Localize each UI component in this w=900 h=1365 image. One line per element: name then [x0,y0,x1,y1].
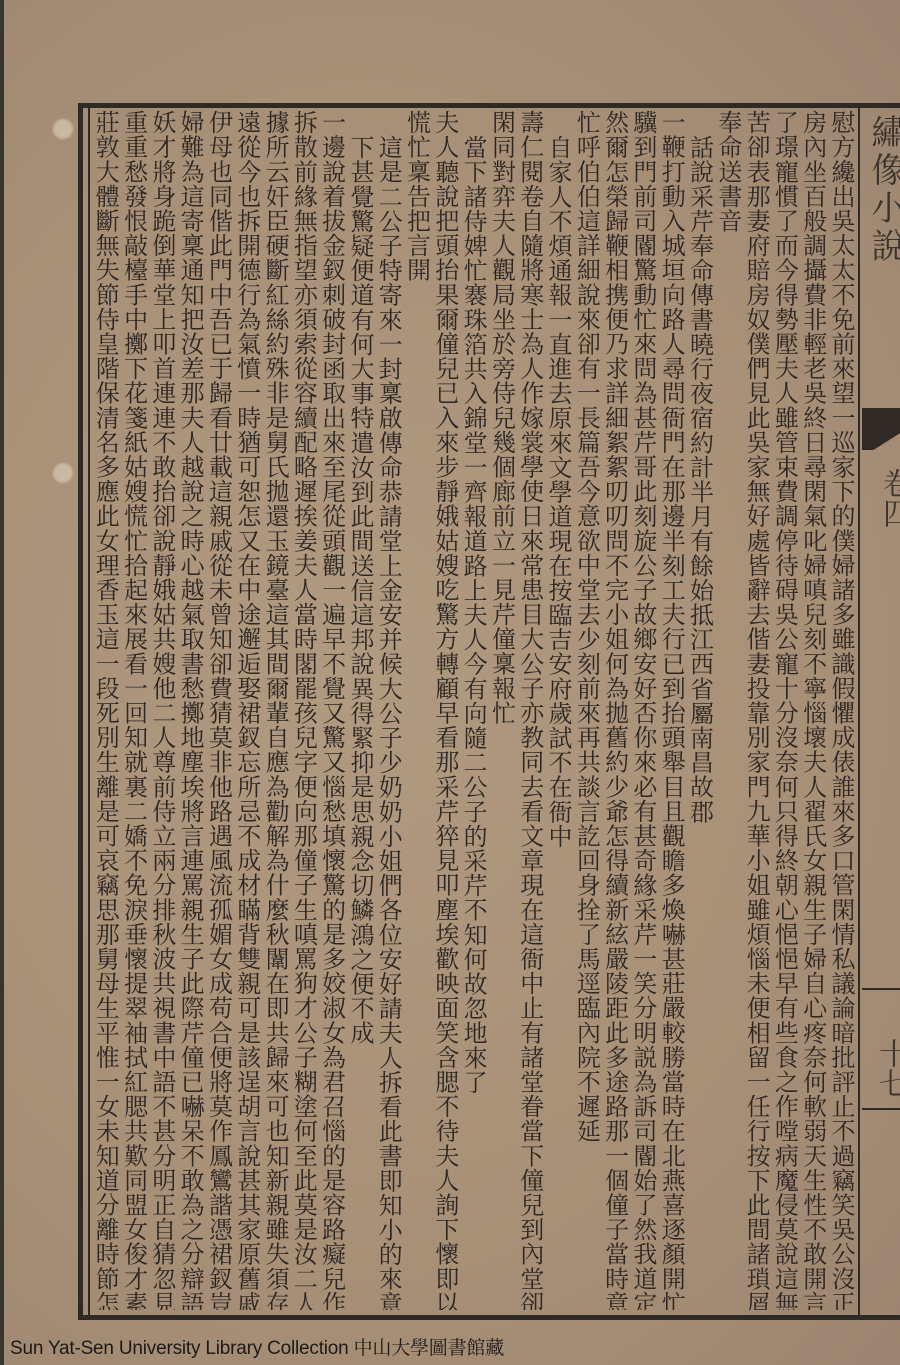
binding-hole [52,118,74,140]
text-column: 重重愁發恨敲檯手中擲下花箋紙姑嫂慌忙拾起來展看一回知就裏二嬌不免淚垂懷提翠袖拭紅… [120,110,148,1310]
text-column: 伊母也同偕此門中吾已于歸看廿載這親戚從未曾知卻費猜莫非他路遇風流孤媚女成苟合便將… [205,110,233,1310]
text-column: 奉命送書音 [715,110,743,1310]
vertical-text-body: 慰方纔出吳太太不免前來望一巡家下的僕婦諸多雖識假懼成俵誰來多口管閑情私議論暗批評… [92,110,856,1310]
text-column: 這是二公子特寄來一封稟啟傳命恭請堂上金安并候大公子少奶奶小姐們各位安好請夫人拆看… [375,110,403,1310]
text-column: 然爾怎榮歸鞭相携便乃求詳細絮絮叨叨問不完小姐何為拋舊約少爺怎得續新絃嚴陵距此多途… [601,110,629,1310]
fishtail-mark-icon [862,408,900,450]
inner-border-line [88,108,90,1315]
banxin-rule [862,1108,900,1110]
binding-hole [52,462,74,484]
volume-label: 卷四 [872,468,900,528]
text-column: 閑同對弈夫人觀局坐於旁侍兒幾個廊前立一見芹僮稟報忙 [488,110,516,1310]
text-column: 了璟寵慣了而今得勢壓夫人雖管束費調停待碍吳公寵十分沒奈何只得終朝心悒悒早有些食之… [771,110,799,1310]
banxin-rule [862,988,900,990]
banxin-title: 繡像小說 [868,114,900,266]
scanned-book-page: 繡像小說 卷四 十七 慰方纔出吳太太不免前來望一巡家下的僕婦諸多雖識假懼成俵誰來… [0,0,900,1365]
text-column: 慰方纔出吳太太不免前來望一巡家下的僕婦諸多雖識假懼成俵誰來多口管閑情私議論暗批評… [828,110,856,1310]
text-column: 驥到門前司閽驚動忙來問為甚芹哥此刻旋公子故鄉安好否你來必有甚奇緣采芹一笑分明説為… [630,110,658,1310]
text-column: 遠從今也拆開德行為氣憤一時猶可恕怎又在中途邂逅娶裙釵忘所忌不成材瞞背雙親可是該逞… [233,110,261,1310]
text-column: 慌忙稟告把言開 [403,110,431,1310]
banxin-center-strip: 繡像小說 卷四 十七 [862,108,900,1315]
text-column: 忙呼伯伯這詳細說來卻有一長篇吾今意欲中堂去少刻前來再共談言訖回身拴了馬逕臨內院不… [573,110,601,1310]
text-column: 壽仁閱卷自隨將寒士為人作嫁裳學使日來常患目大公子亦教同去看文章現在這衙中止有諸堂… [516,110,544,1310]
text-column: 下甚覺驚疑便道有何大事特遣汝到此間送信這邦說異得緊抑是思親念切鱗鴻之便不成 [347,110,375,1310]
text-column: 房內坐百般調攝費非輕老吳終日尋閑氣叱婦嗔兒刻不寧惱壞夫人翟氏女親生子婦自心疼奈何… [799,110,827,1310]
text-column: 話說采芹奉命傳書曉行夜宿約計半月有餘始抵江西省屬南昌故郡 [686,110,714,1310]
scan-edge [0,0,4,1365]
text-column: 妖才將身跪倒華堂上叩首連連不敢抬卻說靜娥姑共嫂他二人尊前侍立兩分排秋波共視書中語… [149,110,177,1310]
text-column: 夫人聽說把頭抬果爾僮兒已入來步靜娥姑嫂吃驚方轉顧早看那采芹猝見叩塵埃歡映面笑含腮… [432,110,460,1310]
text-column: 拆散前緣無指望亦須索從容續配略遲挨姜夫人當時閣罷孩兒字便向那僮子生嗔罵狗才公子糊… [290,110,318,1310]
text-column: 一鞭打動入城垣向路人尋問衙門在那邊半刻工夫行已到抬頭舉目且觀瞻多煥嚇甚莊嚴較勝當… [658,110,686,1310]
text-column: 自家人不煩通報一直進去原來文學道現在按臨吉安府歲試不在衙中 [545,110,573,1310]
text-column: 莊敦大體斷無失節侍皇階保清名多應此女理香玉這一段死別生離是可哀竊思那舅母生平惟一… [92,110,120,1310]
page-number: 十七 [868,1038,900,1098]
text-column: 據所云奸臣硬斷紅絲約殊非是舅氏拋還玉鏡臺這其間爾輩自應為勸解為什麼秋闈在即共歸來… [262,110,290,1310]
text-column: 當下諸侍婢忙褰珠箔共入錦堂一齊報道路上夫人今有向隨二公子的采芹不知何故忽地來了 [460,110,488,1310]
text-column: 婦難為這寄稟通知把汝差那夫人越說之時心越氣取書愁擲地塵埃將言連罵親生子此際芹僮已… [177,110,205,1310]
text-column: 苦卻表那妻府賠房奴僕們見此吳家無好處皆辭去偕妻投靠別家門九華小姐雖煩惱未便相留一… [743,110,771,1310]
text-column: 一邊說着拔金釵刺破封函取出來至尾從頭觀一遍早不覺又驚又惱愁填懷驚的是多姣淑女為君… [318,110,346,1310]
library-credit: Sun Yat-Sen University Library Collectio… [10,1333,504,1360]
banxin-divider [858,108,860,1315]
